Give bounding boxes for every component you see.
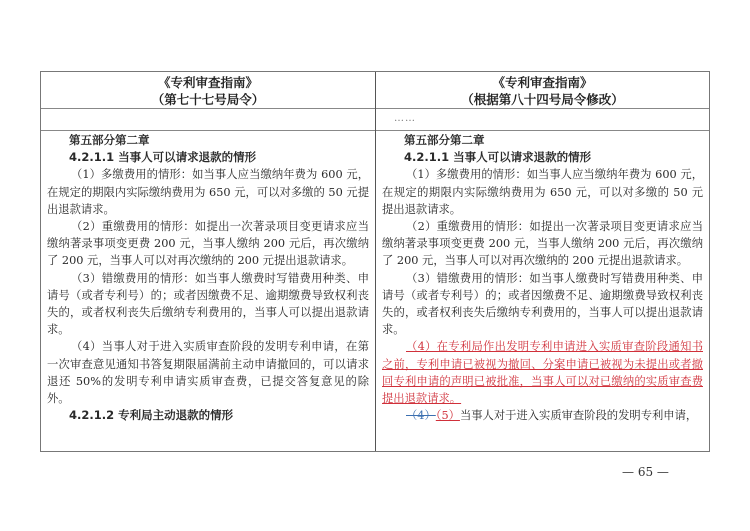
inserted-number: （5） <box>436 409 460 422</box>
page-number: — 65 — <box>622 465 669 479</box>
new-version-column: 《专利审查指南》 （根据第八十四号局令修改） …… 第五部分第二章 4.2.1.… <box>376 72 709 451</box>
new-item-1: （1）多缴费用的情形：如当事人应当缴纳年费为 600 元，在规定的期限内实际缴纳… <box>382 166 703 218</box>
chapter-heading: 第五部分第二章 <box>382 132 703 149</box>
new-item-3: （3）错缴费用的情形：如当事人缴费时写错费用种类、申请号（或者专利号）的；或者因… <box>382 270 703 339</box>
old-item-3: （3）错缴费用的情形：如当事人缴费时写错费用种类、申请号（或者专利号）的；或者因… <box>47 270 369 339</box>
item-5-text: 当事人对于进入实质审查阶段的发明专利申请， <box>460 409 697 422</box>
old-title: 《专利审查指南》 <box>41 74 375 91</box>
old-item-2: （2）重缴费用的情形：如提出一次著录项目变更请求应当缴纳著录事项变更费 200 … <box>47 218 369 270</box>
old-version-body: 第五部分第二章 4.2.1.1 当事人可以请求退款的情形 （1）多缴费用的情形：… <box>47 132 369 424</box>
next-section-heading: 4.2.1.2 专利局主动退款的情形 <box>47 407 369 424</box>
new-version-body: 第五部分第二章 4.2.1.1 当事人可以请求退款的情形 （1）多缴费用的情形：… <box>382 132 703 424</box>
old-subtitle: （第七十七号局令） <box>41 91 375 108</box>
inserted-item-4: （4）在专利局作出发明专利申请进入实质审查阶段通知书之前，专利申请已被视为撤回、… <box>382 338 703 407</box>
new-title: 《专利审查指南》 <box>376 74 709 91</box>
deleted-number: （4） <box>406 409 436 422</box>
renumbered-item-5: （4）（5）当事人对于进入实质审查阶段的发明专利申请， <box>382 407 703 424</box>
old-version-header: 《专利审查指南》 （第七十七号局令） <box>41 72 375 110</box>
old-item-4: （4）当事人对于进入实质审查阶段的发明专利申请，在第一次审查意见通知书答复期限届… <box>47 338 369 407</box>
omission-ellipsis: …… <box>394 113 416 124</box>
comparison-table: 《专利审查指南》 （第七十七号局令） 第五部分第二章 4.2.1.1 当事人可以… <box>40 71 710 452</box>
chapter-heading: 第五部分第二章 <box>47 132 369 149</box>
new-item-2: （2）重缴费用的情形：如提出一次著录项目变更请求应当缴纳著录事项变更费 200 … <box>382 218 703 270</box>
section-heading: 4.2.1.1 当事人可以请求退款的情形 <box>47 149 369 166</box>
old-version-column: 《专利审查指南》 （第七十七号局令） 第五部分第二章 4.2.1.1 当事人可以… <box>41 72 375 451</box>
section-heading: 4.2.1.1 当事人可以请求退款的情形 <box>382 149 703 166</box>
old-item-1: （1）多缴费用的情形：如当事人应当缴纳年费为 600 元，在规定的期限内实际缴纳… <box>47 166 369 218</box>
new-version-header: 《专利审查指南》 （根据第八十四号局令修改） <box>376 72 709 110</box>
new-subtitle: （根据第八十四号局令修改） <box>376 91 709 108</box>
